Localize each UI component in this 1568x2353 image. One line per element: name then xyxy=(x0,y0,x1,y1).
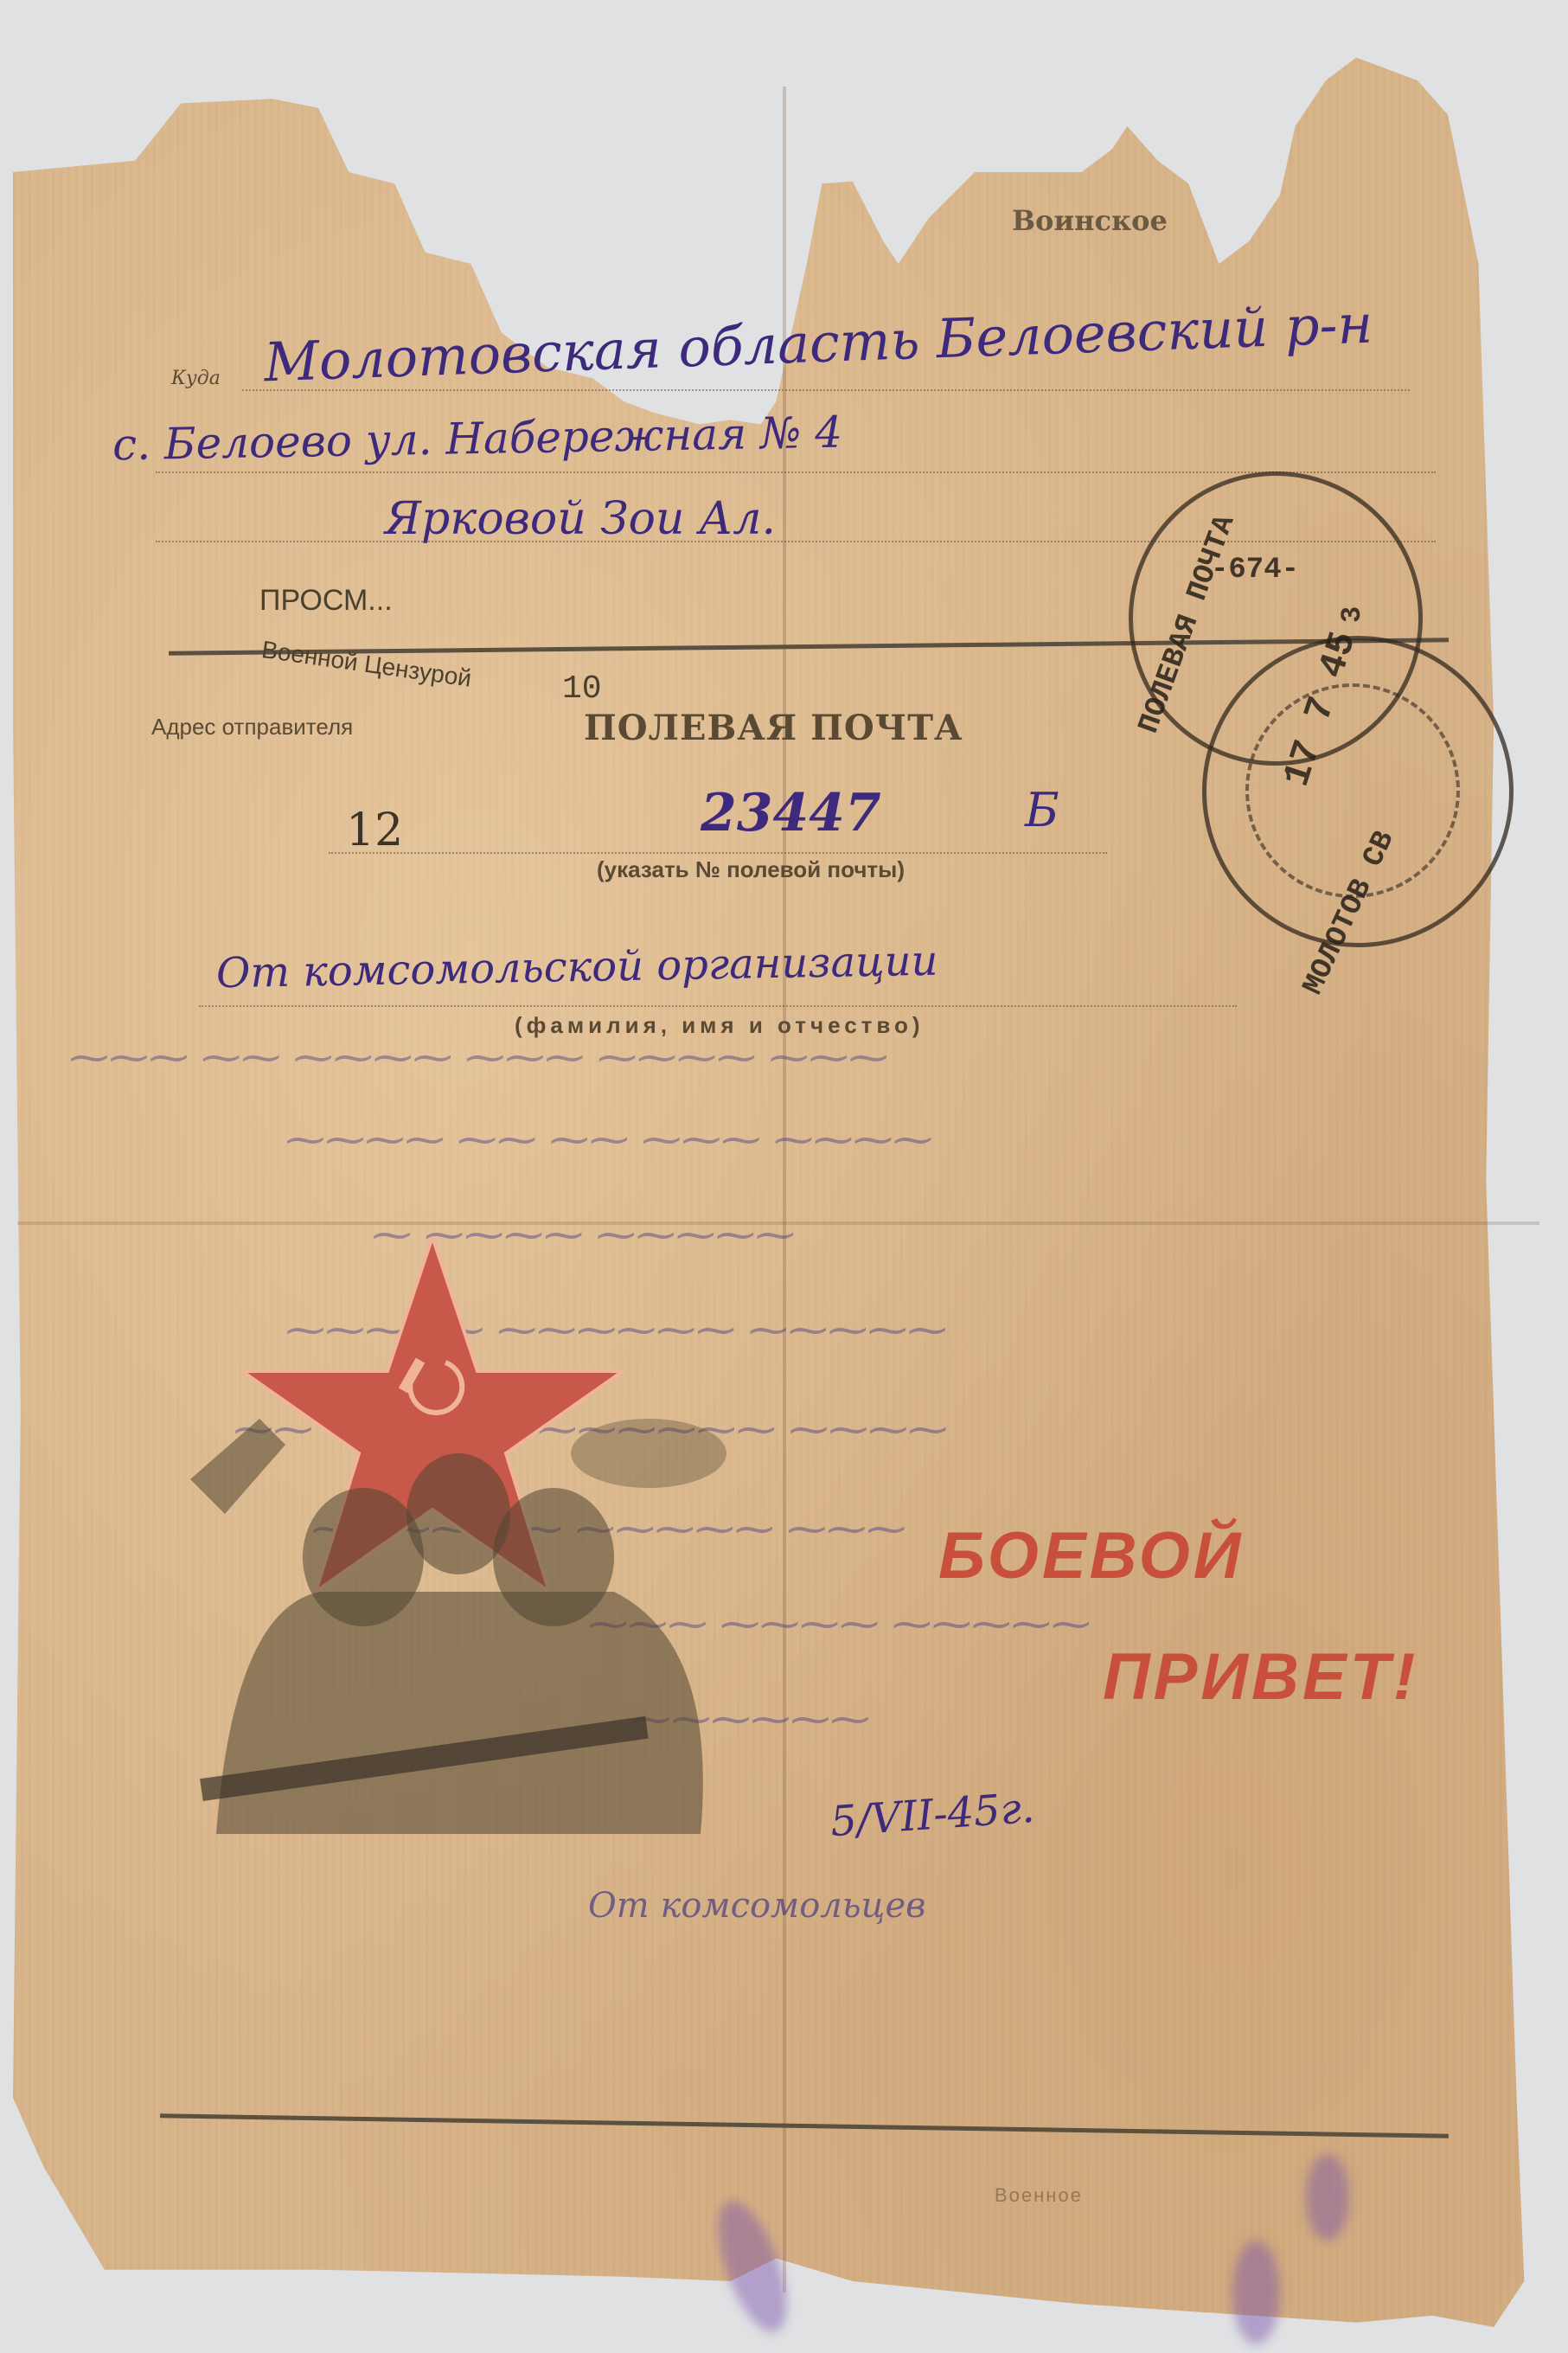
soldiers-illustration xyxy=(164,1384,735,1834)
bleed-through-text: ⁓⁓⁓ ⁓⁓ ⁓⁓⁓⁓ ⁓⁓⁓ ⁓⁓⁓⁓ ⁓⁓⁓ xyxy=(69,1034,888,1080)
censor-stamp-title: ПРОСМ... xyxy=(259,584,393,618)
greeting-line-1: БОЕВОЙ xyxy=(938,1518,1244,1593)
letter-sheet xyxy=(13,35,1539,2327)
postmark-letter: 3 xyxy=(1336,606,1368,623)
field-post-hint: (указать № полевой почты) xyxy=(597,856,905,883)
letter-signature: От комсомольцев xyxy=(588,1886,925,1926)
ink-smudge xyxy=(1232,2241,1280,2344)
field-post-dotline xyxy=(329,852,1107,854)
recipient-name: Ярковой Зои Ал. xyxy=(385,493,776,545)
address-dotline-1 xyxy=(242,389,1410,391)
sender-dotline xyxy=(199,1005,1237,1007)
greeting-line-2: ПРИВЕТ! xyxy=(1103,1639,1418,1715)
address-dotline-2 xyxy=(156,471,1436,473)
unit-number: 12 xyxy=(346,805,403,856)
sender-label: Адрес отправителя xyxy=(151,714,353,741)
to-label: Куда xyxy=(171,368,221,389)
bottom-print-text: Военное xyxy=(995,2184,1083,2207)
field-post-title: ПОЛЕВАЯ ПОЧТА xyxy=(584,708,963,748)
field-post-letter: Б xyxy=(1025,783,1059,837)
field-post-number: 23447 xyxy=(701,783,881,843)
censor-stamp-number: 10 xyxy=(562,670,602,708)
ink-smudge xyxy=(1306,2154,1349,2241)
header-mark: Воинское xyxy=(1012,204,1168,237)
bleed-through-text: ⁓⁓⁓⁓ ⁓⁓ ⁓⁓ ⁓⁓⁓ ⁓⁓⁓⁓ xyxy=(285,1116,933,1163)
